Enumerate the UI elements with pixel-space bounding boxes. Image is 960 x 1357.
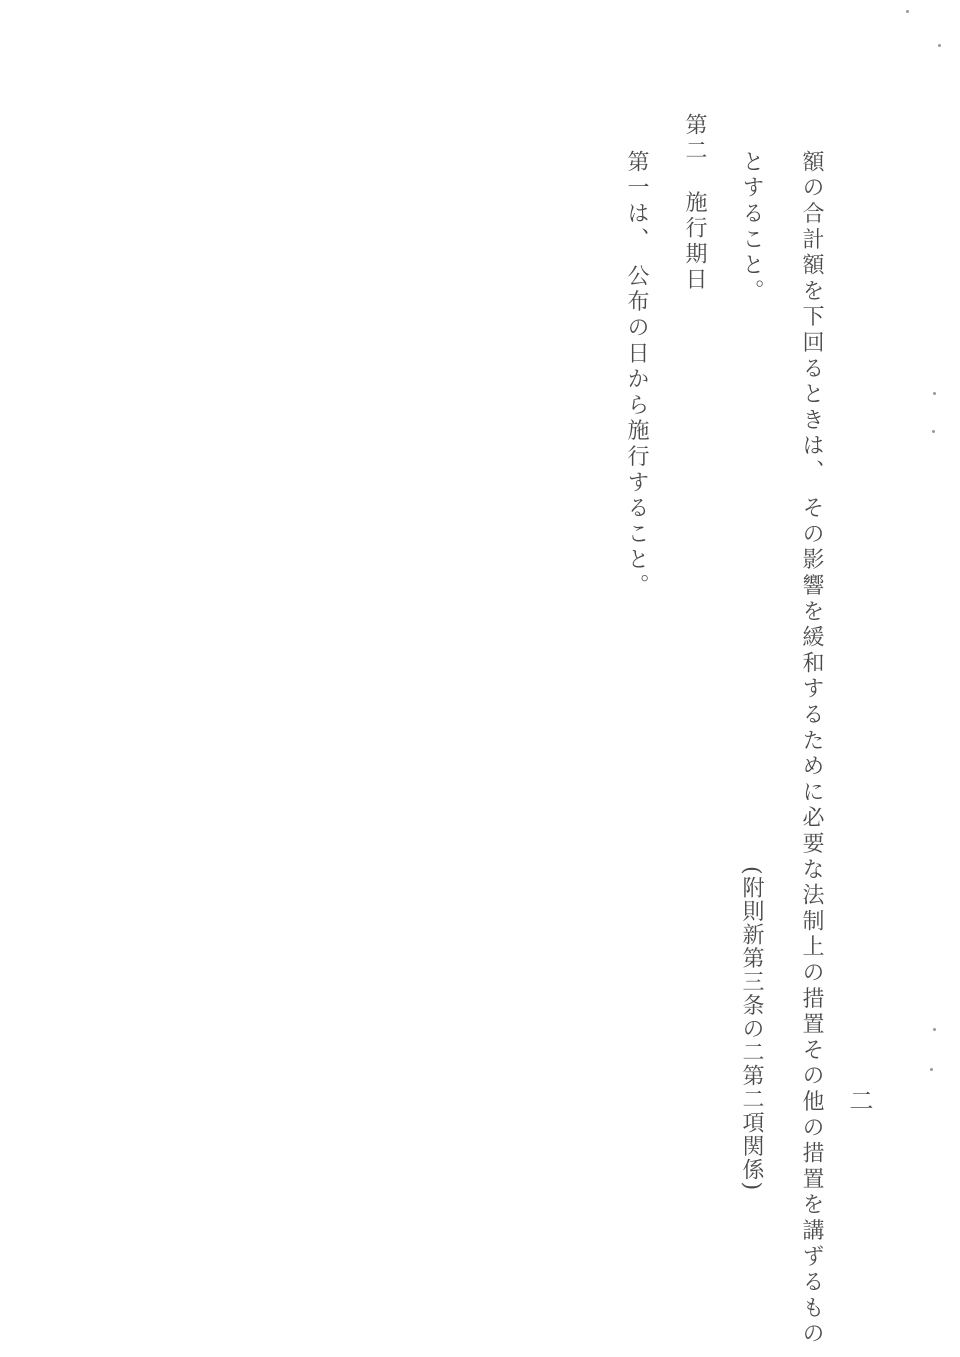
scan-speck — [933, 392, 936, 395]
scan-speck — [933, 1028, 936, 1031]
text-column-4: 第一は、 公布の日から施行すること。 — [623, 150, 649, 599]
text-column-1: 額の合計額を下回るときは、 その影響を緩和するために必要な法制上の措置その他の措… — [798, 150, 824, 1348]
text-column-2: とすること。 — [738, 150, 764, 305]
scan-speck — [938, 44, 941, 47]
scan-speck — [932, 430, 935, 433]
page-number: 二 — [846, 1088, 872, 1116]
reference-note: (附則新第三条の二第二項関係) — [738, 866, 764, 1192]
scan-speck — [930, 1068, 933, 1071]
scan-speck — [906, 10, 909, 13]
section-heading: 第二 施行期日 — [681, 113, 707, 294]
